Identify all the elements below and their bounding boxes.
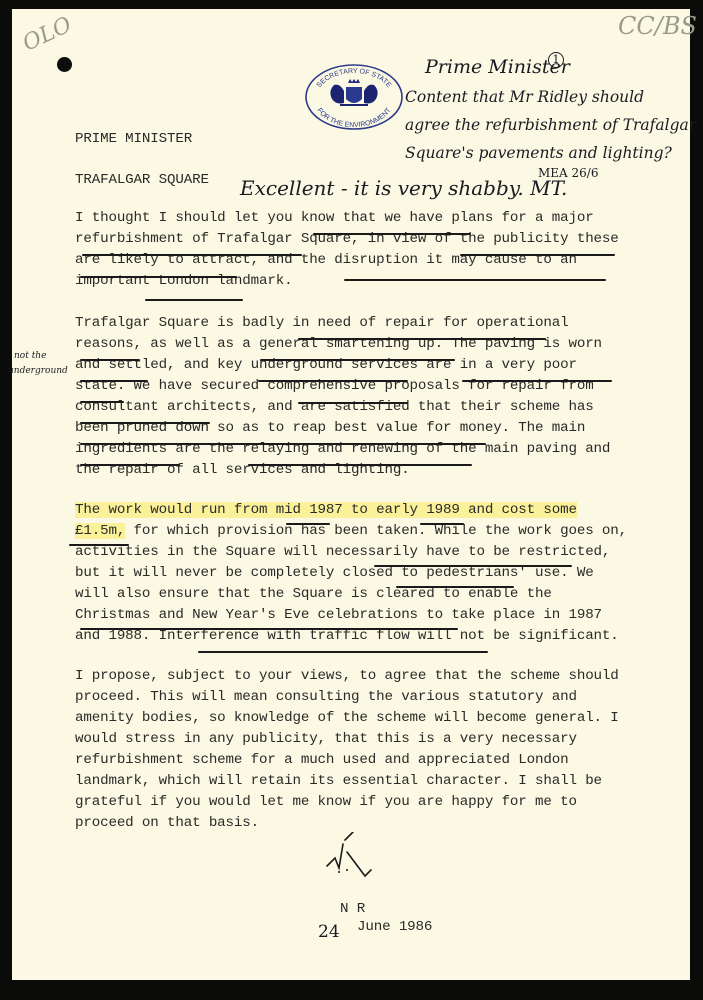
- text-line: grateful if you would let me know if you…: [75, 794, 577, 810]
- text-line: but it will never be completely closed t…: [75, 565, 594, 581]
- text-line: I propose, subject to your views, to agr…: [75, 668, 619, 684]
- department-seal: SECRETARY OF STATE FOR THE ENVIRONMENT: [304, 63, 404, 136]
- text-line: amenity bodies, so knowledge of the sche…: [75, 710, 619, 726]
- text-line: landmark, which will retain its essentia…: [75, 773, 602, 789]
- paragraph-4: I propose, subject to your views, to agr…: [75, 668, 92, 812]
- margin-note-line1: not the: [14, 351, 46, 361]
- typed-date: June 1986: [357, 919, 432, 935]
- text-line: will also ensure that the Square is clea…: [75, 586, 552, 602]
- paragraph-1: I thought I should let you know that we …: [75, 210, 92, 290]
- text-line: Christmas and New Year's Eve celebration…: [75, 607, 602, 623]
- text-line: for which provision has been taken. Whil…: [125, 523, 627, 539]
- handwritten-date-day: 24: [318, 922, 340, 942]
- text-line: activities in the Square will necessaril…: [75, 544, 610, 560]
- highlighted-cost: £1.5m,: [75, 523, 125, 539]
- text-line: and 1988. Interference with traffic flow…: [75, 628, 619, 644]
- pencil-mark-top-right: CC/BS: [618, 12, 697, 40]
- addressee: PRIME MINISTER: [75, 131, 192, 147]
- handwritten-note-line4: Square's pavements and lighting?: [405, 144, 672, 162]
- text-line: proceed on that basis.: [75, 815, 259, 831]
- punch-hole: [57, 57, 72, 72]
- circled-number: 1: [548, 52, 564, 68]
- margin-note-line2: underground: [8, 366, 68, 376]
- text-line: would stress in any publicity, that this…: [75, 731, 577, 747]
- text-line: proceed. This will mean consulting the v…: [75, 689, 577, 705]
- handwritten-reply: Excellent - it is very shabby. MT.: [240, 176, 567, 200]
- text-line: I thought I should let you know that we …: [75, 210, 594, 226]
- royal-coat-of-arms-icon: SECRETARY OF STATE FOR THE ENVIRONMENT: [304, 63, 404, 131]
- svg-text:FOR THE ENVIRONMENT: FOR THE ENVIRONMENT: [315, 106, 392, 129]
- text-line: refurbishment scheme for a much used and…: [75, 752, 568, 768]
- signatory-initials: N R: [340, 901, 365, 917]
- handwritten-note-line3: agree the refurbishment of Trafalgar: [405, 116, 696, 134]
- paragraph-2: Trafalgar Square is badly in need of rep…: [75, 315, 92, 459]
- subject-heading: TRAFALGAR SQUARE: [75, 172, 209, 188]
- signature-icon: [325, 832, 405, 884]
- handwritten-note-line2: Content that Mr Ridley should: [405, 88, 644, 106]
- text-line: Trafalgar Square is badly in need of rep…: [75, 315, 568, 331]
- highlighted-text: The work would run from mid 1987 to earl…: [75, 502, 577, 518]
- paragraph-3: The work would run from mid 1987 to earl…: [75, 502, 92, 630]
